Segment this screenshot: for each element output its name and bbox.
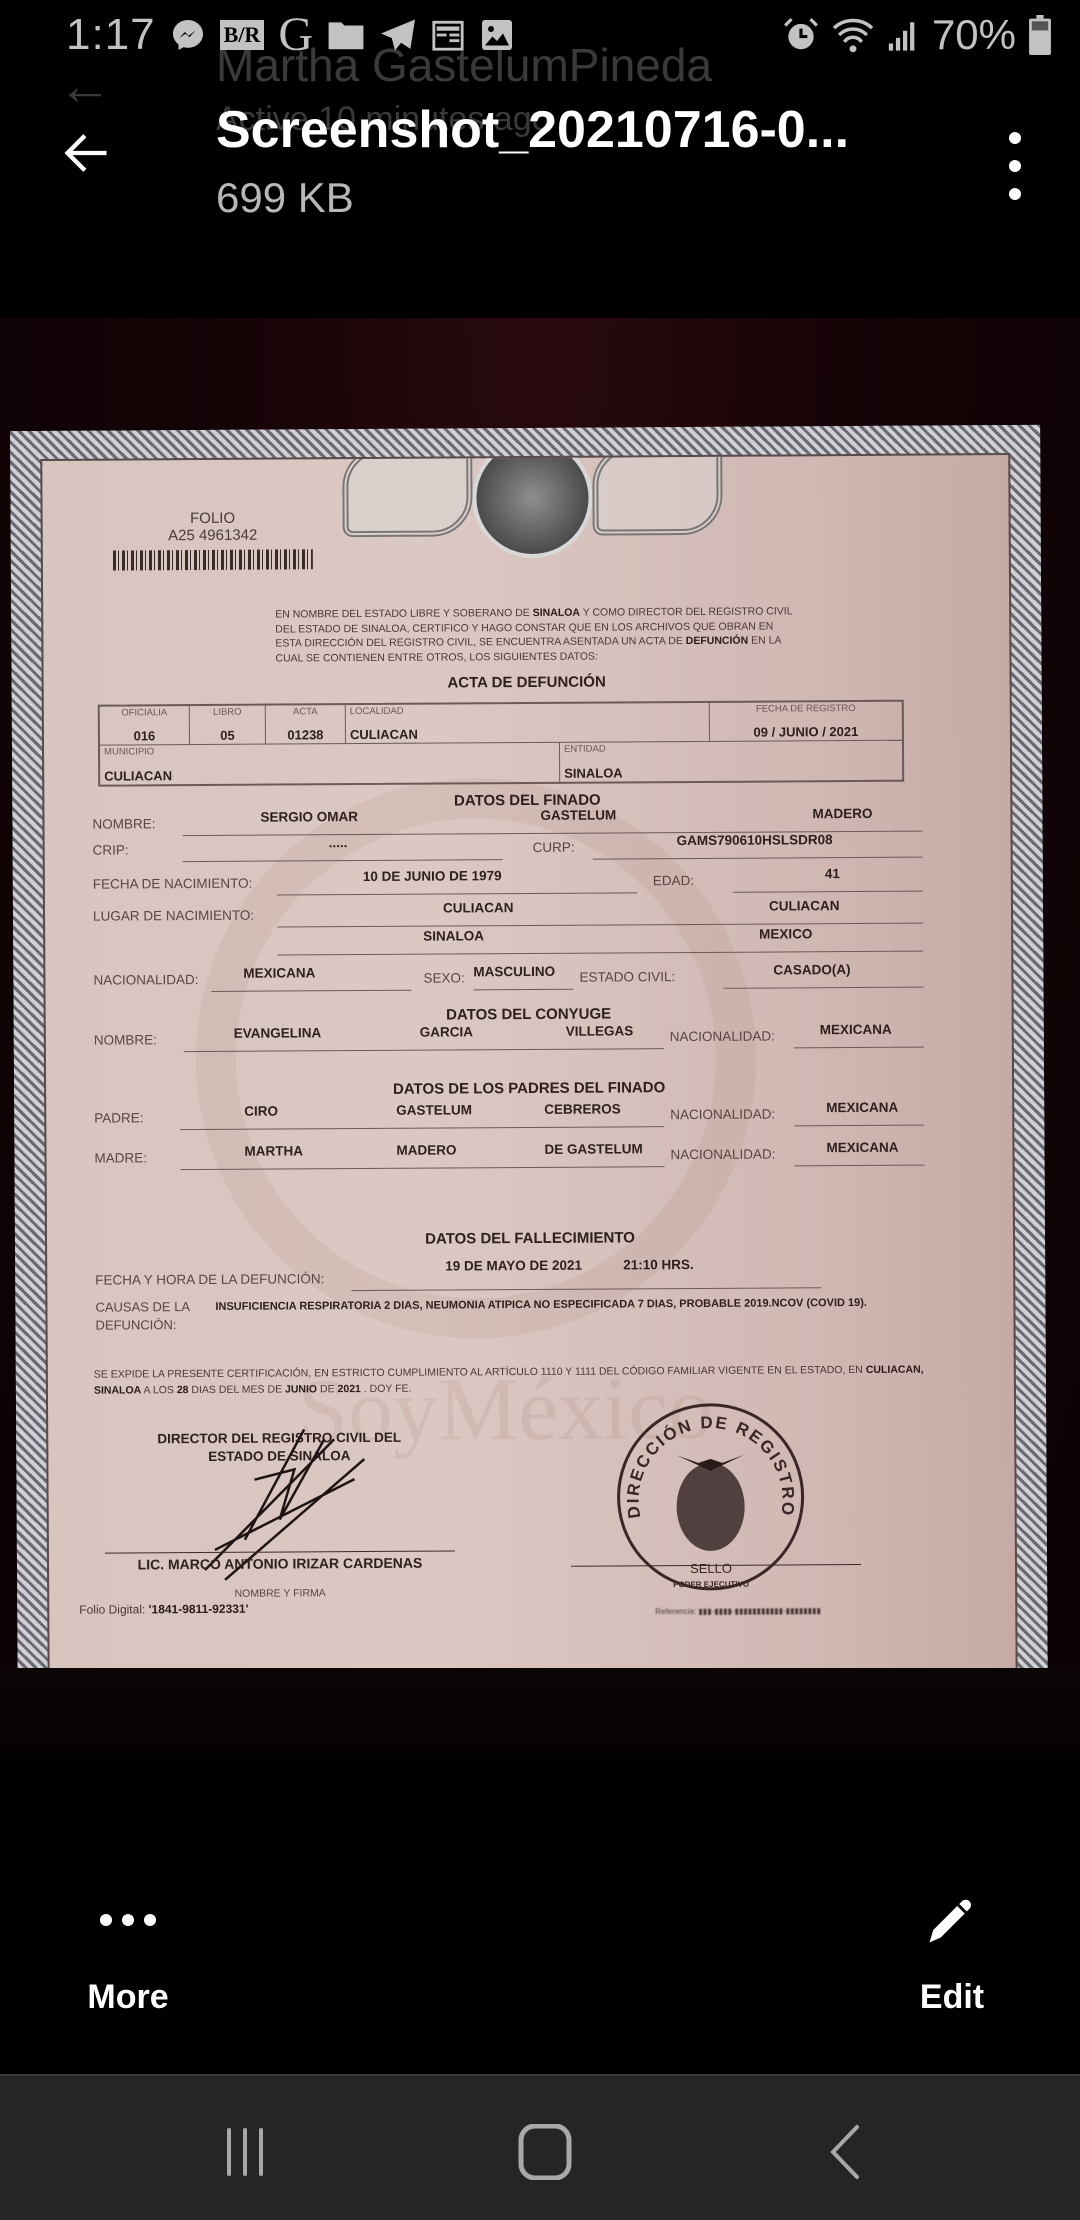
registry-row: OFICIALIA 016 LIBRO 05 ACTA 01238 LOCALI…	[100, 702, 902, 746]
telegram-icon	[379, 18, 417, 52]
cell-oficialia: OFICIALIA 016	[100, 706, 190, 745]
reference: Referencia: ▮▮▮-▮▮▮▮-▮▮▮▮▮▮▮▮▮▮▮-▮▮▮▮▮▮▮…	[655, 1606, 821, 1616]
registry-table: OFICIALIA 016 LIBRO 05 ACTA 01238 LOCALI…	[98, 700, 904, 787]
system-navigation-bar	[0, 2074, 1080, 2220]
field-death-causes: CAUSAS DE LA DEFUNCIÓN: INSUFICIENCIA RE…	[95, 1294, 915, 1335]
signature-block: DIRECTOR DEL REGISTRO CIVIL DEL ESTADO D…	[104, 1428, 454, 1466]
status-time: 1:17	[66, 10, 156, 60]
certificate-page: SoyMéxico FOLIO A25 4961342 EN NOMBRE DE…	[40, 453, 1018, 1691]
file-title: Screenshot_20210716-0...	[216, 100, 849, 160]
more-horizontal-icon	[98, 1888, 158, 1952]
section-death: DATOS DEL FALLECIMIENTO	[47, 1227, 1013, 1250]
news-icon	[431, 18, 465, 52]
field-father: PADRE: CIRO GASTELUM CEBREROS NACIONALID…	[94, 1100, 924, 1133]
messenger-icon	[170, 17, 206, 53]
document-title: ACTA DE DEFUNCIÓN	[44, 671, 1010, 694]
kebab-dot	[1009, 160, 1021, 172]
image-viewer[interactable]: SoyMéxico FOLIO A25 4961342 EN NOMBRE DE…	[0, 318, 1080, 1758]
field-birth-date: FECHA DE NACIMIENTO: 10 DE JUNIO DE 1979…	[93, 866, 923, 899]
registry-row: MUNICIPIO CULIACAN ENTIDAD SINALOA	[100, 741, 902, 785]
cell-acta: ACTA 01238	[266, 705, 346, 743]
edit-button[interactable]: Edit	[882, 1888, 1022, 2068]
system-icons: 70%	[782, 11, 1052, 59]
mexico-coat-of-arms-icon	[472, 453, 593, 558]
folder-icon	[327, 19, 365, 51]
cell-localidad: LOCALIDAD CULIACAN	[346, 703, 710, 743]
field-crip-curp: CRIP: ..... CURP: GAMS790610HSLSDR08	[93, 832, 923, 865]
google-news-icon: G	[278, 11, 313, 59]
crest-ornament-left	[342, 453, 473, 537]
more-label: More	[87, 1978, 168, 2017]
back-nav-button[interactable]	[800, 2112, 890, 2192]
battery-icon	[1028, 15, 1052, 55]
back-icon	[825, 2124, 865, 2180]
back-button[interactable]	[52, 118, 122, 188]
folio-digital: Folio Digital: '1841-9811-92331'	[79, 1602, 248, 1617]
civil-registry-seal-icon: DIRECCIÓN DE REGISTRO CIVIL SELLO PODER …	[610, 1396, 811, 1597]
home-icon	[517, 2124, 573, 2180]
arrow-left-icon	[61, 127, 113, 179]
folio-label: FOLIO	[113, 509, 313, 527]
cell-libro: LIBRO 05	[190, 706, 266, 744]
status-bar: 1:17 B/R G 70%	[0, 0, 1080, 70]
signature-caption: NOMBRE Y FIRMA	[105, 1586, 455, 1600]
recents-button[interactable]	[200, 2112, 290, 2192]
more-options-button[interactable]	[990, 126, 1040, 206]
pencil-icon	[922, 1888, 982, 1952]
edit-label: Edit	[920, 1978, 984, 2017]
gallery-icon	[479, 17, 515, 53]
intro-paragraph: EN NOMBRE DEL ESTADO LIBRE Y SOBERANO DE…	[275, 604, 795, 665]
bleacher-report-icon: B/R	[220, 20, 265, 50]
svg-text:PODER EJECUTIVO: PODER EJECUTIVO	[673, 1580, 749, 1589]
field-nationality-sex-civil: NACIONALIDAD: MEXICANA SEXO: MASCULINO E…	[93, 962, 923, 995]
signal-icon	[886, 18, 920, 52]
viewer-header: Screenshot_20210716-0... 699 KB	[0, 90, 1080, 240]
wifi-icon	[832, 16, 874, 54]
home-button[interactable]	[500, 2112, 590, 2192]
recents-icon	[220, 2127, 270, 2177]
national-crest	[342, 453, 723, 549]
crest-ornament-right	[592, 453, 723, 536]
closing-paragraph: SE EXPIDE LA PRESENTE CERTIFICACIÓN, EN …	[94, 1362, 924, 1399]
signer-name: LIC. MARCO ANTONIO IRIZAR CARDENAS	[105, 1554, 455, 1572]
kebab-dot	[1009, 188, 1021, 200]
svg-text:SELLO: SELLO	[690, 1561, 732, 1576]
field-mother: MADRE: MARTHA MADERO DE GASTELUM NACIONA…	[94, 1140, 924, 1173]
section-parents: DATOS DE LOS PADRES DEL FINADO	[46, 1077, 1012, 1100]
folio-number: A25 4961342	[113, 526, 313, 544]
field-death-datetime: FECHA Y HORA DE LA DEFUNCIÓN: 19 DE MAYO…	[95, 1262, 925, 1295]
certificate-photo: SoyMéxico FOLIO A25 4961342 EN NOMBRE DE…	[10, 425, 1048, 1721]
field-spouse: NOMBRE: EVANGELINA GARCIA VILLEGAS NACIO…	[94, 1022, 924, 1055]
cell-entidad: ENTIDAD SINALOA	[560, 741, 902, 782]
folio: FOLIO A25 4961342	[113, 509, 313, 570]
file-size: 699 KB	[216, 174, 354, 222]
cell-fecha-registro: FECHA DE REGISTRO 09 / JUNIO / 2021	[710, 702, 902, 741]
cell-municipio: MUNICIPIO CULIACAN	[100, 743, 560, 785]
barcode	[113, 549, 313, 570]
field-birth-state-country: SINALOA MEXICO	[93, 926, 923, 959]
bottom-actions: More Edit	[0, 1758, 1080, 2074]
alarm-icon	[782, 16, 820, 54]
kebab-dot	[1009, 132, 1021, 144]
notification-icons: B/R G	[170, 11, 515, 59]
battery-percentage: 70%	[932, 11, 1016, 59]
more-button[interactable]: More	[58, 1888, 198, 2068]
